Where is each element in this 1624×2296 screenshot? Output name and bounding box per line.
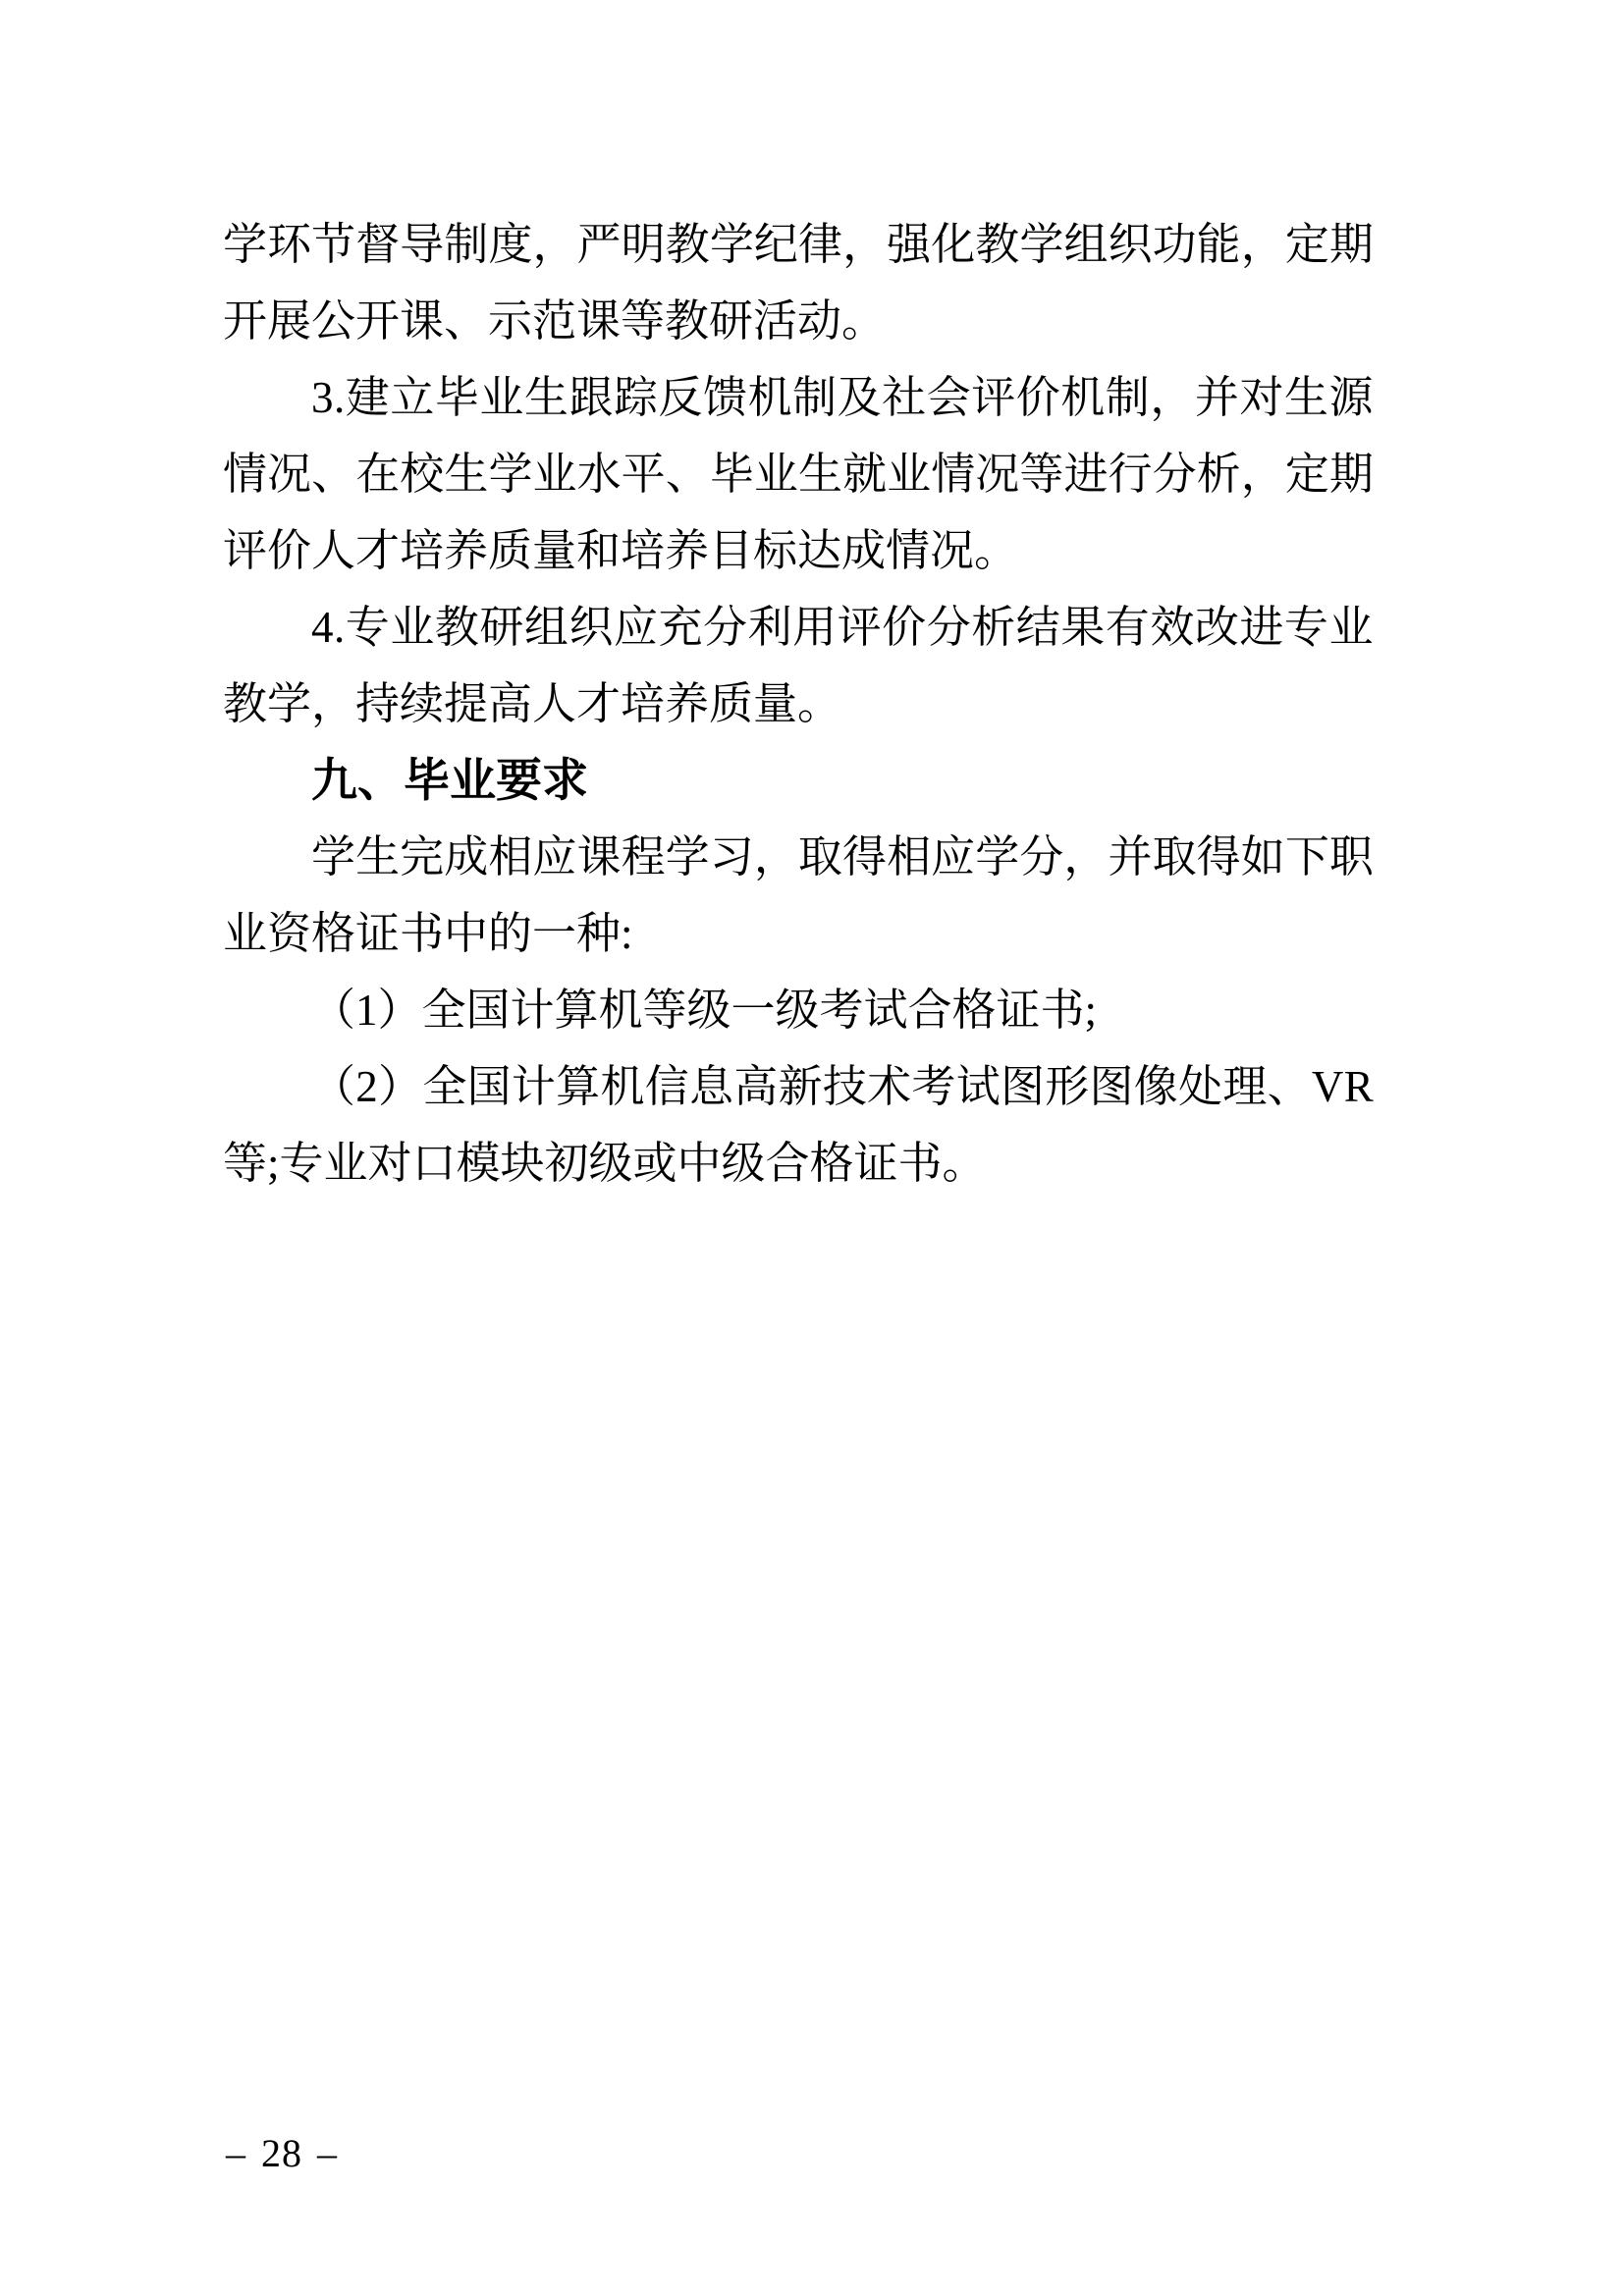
text-line: 学环节督导制度，严明教学纪律，强化教学组织功能，定期: [223, 206, 1374, 283]
text-line: 等;专业对口模块初级或中级合格证书。: [223, 1125, 1374, 1201]
line-text: （1）全国计算机等级一级考试合格证书;: [311, 972, 1097, 1048]
line-text: 业资格证书中的一种:: [223, 895, 633, 972]
line-text: 学生完成相应课程学习，取得相应学分，并取得如下职: [311, 819, 1374, 895]
line-text: 等;专业对口模块初级或中级合格证书。: [223, 1125, 987, 1201]
line-text: 评价人才培养质量和培养目标达成情况。: [223, 512, 1018, 589]
text-line: 业资格证书中的一种:: [223, 895, 1374, 972]
line-text: 学环节督导制度，严明教学纪律，强化教学组织功能，定期: [223, 206, 1374, 283]
paragraph-cert-option-1: （1）全国计算机等级一级考试合格证书;: [223, 972, 1374, 1048]
paragraph-teaching-supervision: 学环节督导制度，严明教学纪律，强化教学组织功能，定期开展公开课、示范课等教研活动…: [223, 206, 1374, 359]
text-line: 评价人才培养质量和培养目标达成情况。: [223, 512, 1374, 589]
line-text: 情况、在校生学业水平、毕业生就业情况等进行分析，定期: [223, 436, 1374, 512]
line-text: 教学，持续提高人才培养质量。: [223, 666, 841, 742]
document-page: 学环节督导制度，严明教学纪律，强化教学组织功能，定期开展公开课、示范课等教研活动…: [0, 0, 1624, 2296]
line-text: 九、毕业要求: [311, 742, 588, 819]
text-line: 4.专业教研组织应充分利用评价分析结果有效改进专业: [223, 589, 1374, 666]
line-text: 3.建立毕业生跟踪反馈机制及社会评价机制，并对生源: [311, 359, 1374, 436]
text-line: 学生完成相应课程学习，取得相应学分，并取得如下职: [223, 819, 1374, 895]
text-line: （1）全国计算机等级一级考试合格证书;: [223, 972, 1374, 1048]
paragraph-cert-option-2: （2）全国计算机信息高新技术考试图形图像处理、VR等;专业对口模块初级或中级合格…: [223, 1048, 1374, 1201]
text-line: 教学，持续提高人才培养质量。: [223, 666, 1374, 742]
line-text: 开展公开课、示范课等教研活动。: [223, 283, 886, 359]
text-line: 3.建立毕业生跟踪反馈机制及社会评价机制，并对生源: [223, 359, 1374, 436]
heading-section-9-graduation-requirements: 九、毕业要求: [223, 742, 1374, 819]
text-block: 学环节督导制度，严明教学纪律，强化教学组织功能，定期开展公开课、示范课等教研活动…: [223, 206, 1374, 1201]
line-text: 4.专业教研组织应充分利用评价分析结果有效改进专业: [311, 589, 1374, 666]
page-number: – 28 –: [226, 2134, 338, 2173]
text-line: 情况、在校生学业水平、毕业生就业情况等进行分析，定期: [223, 436, 1374, 512]
text-line: 九、毕业要求: [223, 742, 1374, 819]
paragraph-certificate-requirement: 学生完成相应课程学习，取得相应学分，并取得如下职业资格证书中的一种:: [223, 819, 1374, 972]
text-line: （2）全国计算机信息高新技术考试图形图像处理、VR: [223, 1048, 1374, 1125]
paragraph-item-3-graduate-tracking: 3.建立毕业生跟踪反馈机制及社会评价机制，并对生源情况、在校生学业水平、毕业生就…: [223, 359, 1374, 589]
paragraph-item-4-teaching-improvement: 4.专业教研组织应充分利用评价分析结果有效改进专业教学，持续提高人才培养质量。: [223, 589, 1374, 742]
line-text: （2）全国计算机信息高新技术考试图形图像处理、VR: [311, 1048, 1374, 1125]
text-line: 开展公开课、示范课等教研活动。: [223, 283, 1374, 359]
